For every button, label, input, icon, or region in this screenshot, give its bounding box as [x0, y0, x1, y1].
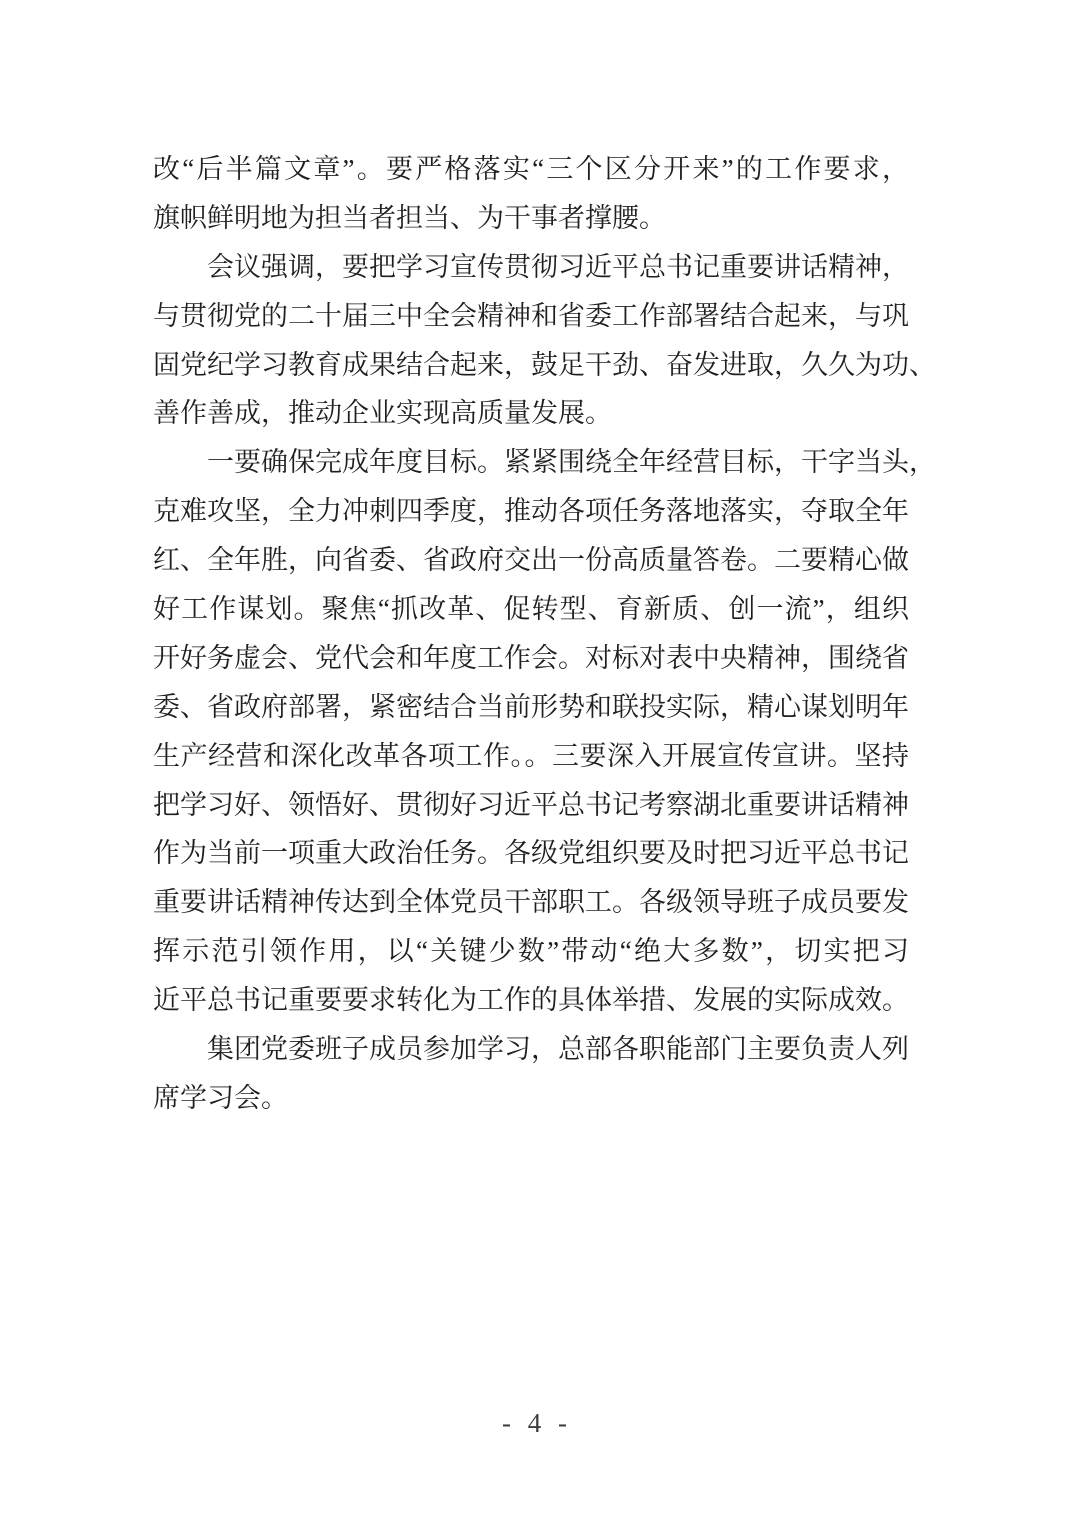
- text-line: 改“后半篇文章”。要严格落实“三个区分开来”的工作要求，: [153, 145, 909, 194]
- document-page: 改“后半篇文章”。要严格落实“三个区分开来”的工作要求， 旗帜鲜明地为担当者担当…: [0, 0, 1074, 1520]
- text-line: 与贯彻党的二十届三中全会精神和省委工作部署结合起来，与巩: [153, 292, 909, 341]
- text-line: 会议强调，要把学习宣传贯彻习近平总书记重要讲话精神，: [153, 243, 909, 292]
- document-body: 改“后半篇文章”。要严格落实“三个区分开来”的工作要求， 旗帜鲜明地为担当者担当…: [153, 145, 909, 1123]
- text-line: 开好务虚会、党代会和年度工作会。对标对表中央精神，围绕省: [153, 634, 909, 683]
- text-line: 重要讲话精神传达到全体党员干部职工。各级领导班子成员要发: [153, 878, 909, 927]
- text-line: 委、省政府部署，紧密结合当前形势和联投实际，精心谋划明年: [153, 683, 909, 732]
- text-line: 旗帜鲜明地为担当者担当、为干事者撑腰。: [153, 194, 909, 243]
- text-line: 一要确保完成年度目标。紧紧围绕全年经营目标，干字当头，: [153, 438, 909, 487]
- text-line: 近平总书记重要要求转化为工作的具体举措、发展的实际成效。: [153, 976, 909, 1025]
- page-number: - 4 -: [502, 1408, 572, 1438]
- text-line: 席学习会。: [153, 1074, 909, 1123]
- text-line: 善作善成，推动企业实现高质量发展。: [153, 389, 909, 438]
- text-line: 作为当前一项重大政治任务。各级党组织要及时把习近平总书记: [153, 829, 909, 878]
- text-line: 固党纪学习教育成果结合起来，鼓足干劲、奋发进取，久久为功、: [153, 341, 909, 390]
- text-line: 挥示范引领作用，以“关键少数”带动“绝大多数”，切实把习: [153, 927, 909, 976]
- text-line: 把学习好、领悟好、贯彻好习近平总书记考察湖北重要讲话精神: [153, 781, 909, 830]
- text-line: 集团党委班子成员参加学习，总部各职能部门主要负责人列: [153, 1025, 909, 1074]
- text-line: 克难攻坚，全力冲刺四季度，推动各项任务落地落实，夺取全年: [153, 487, 909, 536]
- text-line: 红、全年胜，向省委、省政府交出一份高质量答卷。二要精心做: [153, 536, 909, 585]
- page-footer: - 4 -: [0, 1408, 1074, 1439]
- text-line: 好工作谋划。聚焦“抓改革、促转型、育新质、创一流”，组织: [153, 585, 909, 634]
- text-line: 生产经营和深化改革各项工作。。三要深入开展宣传宣讲。坚持: [153, 732, 909, 781]
